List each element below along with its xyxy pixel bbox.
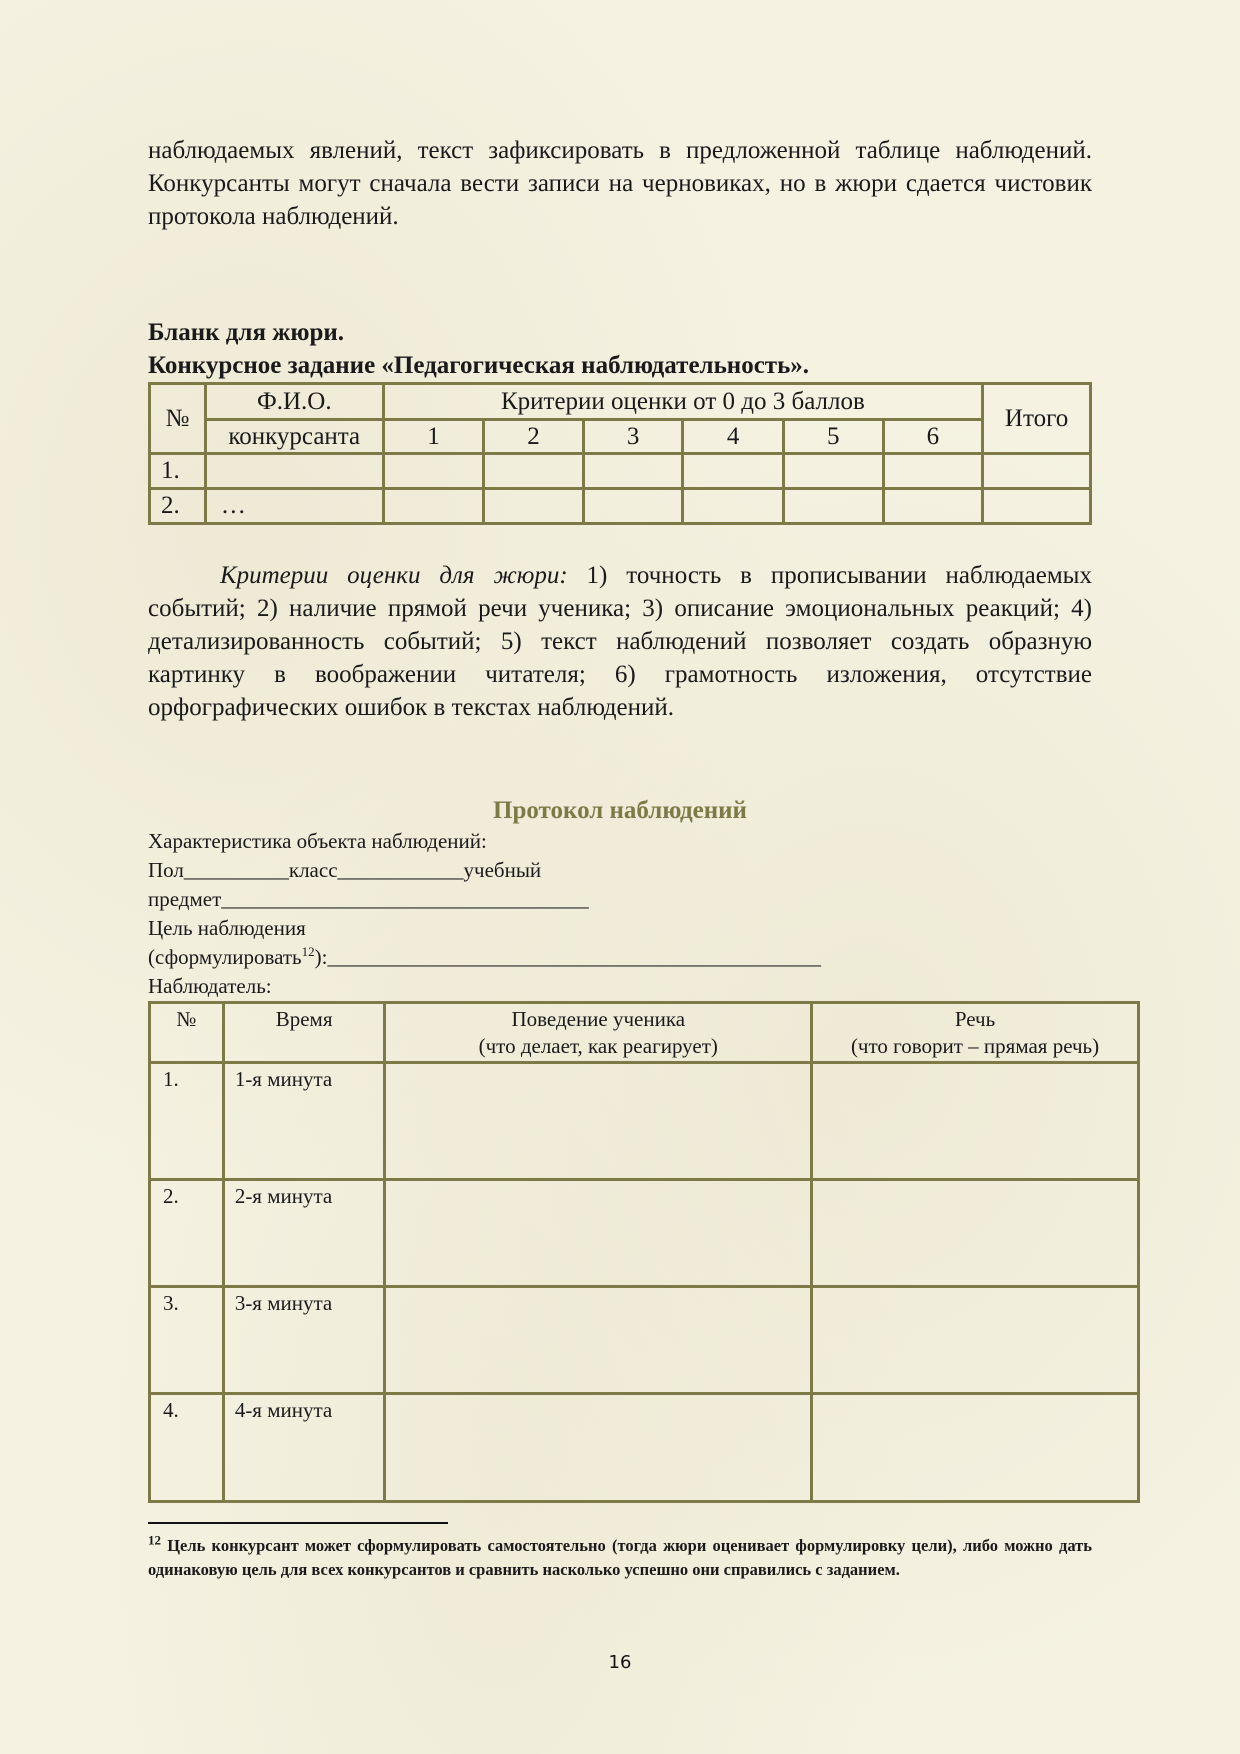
criteria-column-3: 3 (583, 420, 683, 454)
footnote-text: Цель конкурсант может сформулировать сам… (148, 1536, 1092, 1579)
score-cell[interactable] (484, 489, 584, 524)
behavior-cell[interactable] (385, 1287, 812, 1394)
row-number: 3. (150, 1287, 224, 1394)
col-number-header: № (150, 384, 206, 454)
criteria-column-1: 1 (383, 420, 484, 454)
row-number: 2. (150, 489, 206, 524)
row-number: 2. (150, 1180, 224, 1287)
score-cell[interactable] (383, 489, 484, 524)
table-row: 4.4-я минута (150, 1394, 1139, 1502)
total-cell[interactable] (983, 454, 1091, 489)
score-cell[interactable] (683, 454, 784, 489)
criteria-column-2: 2 (484, 420, 584, 454)
score-cell[interactable] (484, 454, 584, 489)
col-name-header-line2: конкурсанта (205, 420, 383, 454)
gender-class-field[interactable]: Пол__________класс____________учебный (148, 856, 541, 885)
table-row: 2.… (150, 489, 1091, 524)
score-cell[interactable] (383, 454, 484, 489)
criteria-paragraph: Критерии оценки для жюри: 1) точность в … (148, 559, 1092, 724)
criteria-column-6: 6 (883, 420, 983, 454)
header-behavior: Поведение ученика(что делает, как реагир… (385, 1003, 812, 1063)
protocol-title: Протокол наблюдений (148, 794, 1092, 827)
goal-label: Цель наблюдения (148, 914, 306, 943)
row-time: 2-я минута (223, 1180, 385, 1287)
total-cell[interactable] (983, 489, 1091, 524)
goal-field[interactable]: (сформулировать12):_____________________… (148, 943, 821, 972)
observer-label: Наблюдатель: (148, 972, 272, 1001)
contestant-name-cell[interactable]: … (205, 489, 383, 524)
score-cell[interactable] (783, 454, 883, 489)
contestant-name-cell[interactable] (205, 454, 383, 489)
score-cell[interactable] (883, 489, 983, 524)
page-number: 16 (148, 1652, 1092, 1673)
criteria-header: Критерии оценки от 0 до 3 баллов (383, 384, 982, 420)
row-time: 3-я минута (223, 1287, 385, 1394)
footnote: 12 Цель конкурсант может сформулировать … (148, 1534, 1092, 1582)
footnote-ref: 12 (302, 944, 315, 959)
score-cell[interactable] (583, 489, 683, 524)
jury-score-table: № Ф.И.О. Критерии оценки от 0 до 3 балло… (148, 382, 1092, 525)
speech-cell[interactable] (812, 1063, 1139, 1180)
table-row: 1. (150, 454, 1091, 489)
task-title: Конкурсное задание «Педагогическая наблю… (148, 349, 809, 382)
table-row: 1.1-я минута (150, 1063, 1139, 1180)
table-row: 3.3-я минута (150, 1287, 1139, 1394)
speech-cell[interactable] (812, 1287, 1139, 1394)
row-number: 1. (150, 454, 206, 489)
criteria-column-4: 4 (683, 420, 784, 454)
row-number: 4. (150, 1394, 224, 1502)
subject-field[interactable]: предмет_________________________________… (148, 885, 589, 914)
footnote-number: 12 (148, 1533, 161, 1548)
criteria-label: Критерии оценки для жюри: (220, 562, 568, 589)
behavior-cell[interactable] (385, 1394, 812, 1502)
header-speech: Речь(что говорит – прямая речь) (812, 1003, 1139, 1063)
header-number: № (150, 1003, 224, 1063)
speech-cell[interactable] (812, 1394, 1139, 1502)
header-time: Время (223, 1003, 385, 1063)
row-time: 4-я минута (223, 1394, 385, 1502)
row-number: 1. (150, 1063, 224, 1180)
score-cell[interactable] (883, 454, 983, 489)
score-cell[interactable] (783, 489, 883, 524)
table-row: 2.2-я минута (150, 1180, 1139, 1287)
col-name-header: Ф.И.О. (205, 384, 383, 420)
criteria-column-5: 5 (783, 420, 883, 454)
intro-paragraph: наблюдаемых явлений, текст зафиксировать… (148, 134, 1092, 233)
score-cell[interactable] (583, 454, 683, 489)
behavior-cell[interactable] (385, 1063, 812, 1180)
score-cell[interactable] (683, 489, 784, 524)
col-total-header: Итого (983, 384, 1091, 454)
object-characteristics-label: Характеристика объекта наблюдений: (148, 827, 487, 856)
behavior-cell[interactable] (385, 1180, 812, 1287)
jury-form-heading: Бланк для жюри. (148, 316, 344, 349)
row-time: 1-я минута (223, 1063, 385, 1180)
footnote-separator (148, 1522, 448, 1524)
observation-protocol-table: № Время Поведение ученика(что делает, ка… (148, 1001, 1140, 1503)
speech-cell[interactable] (812, 1180, 1139, 1287)
